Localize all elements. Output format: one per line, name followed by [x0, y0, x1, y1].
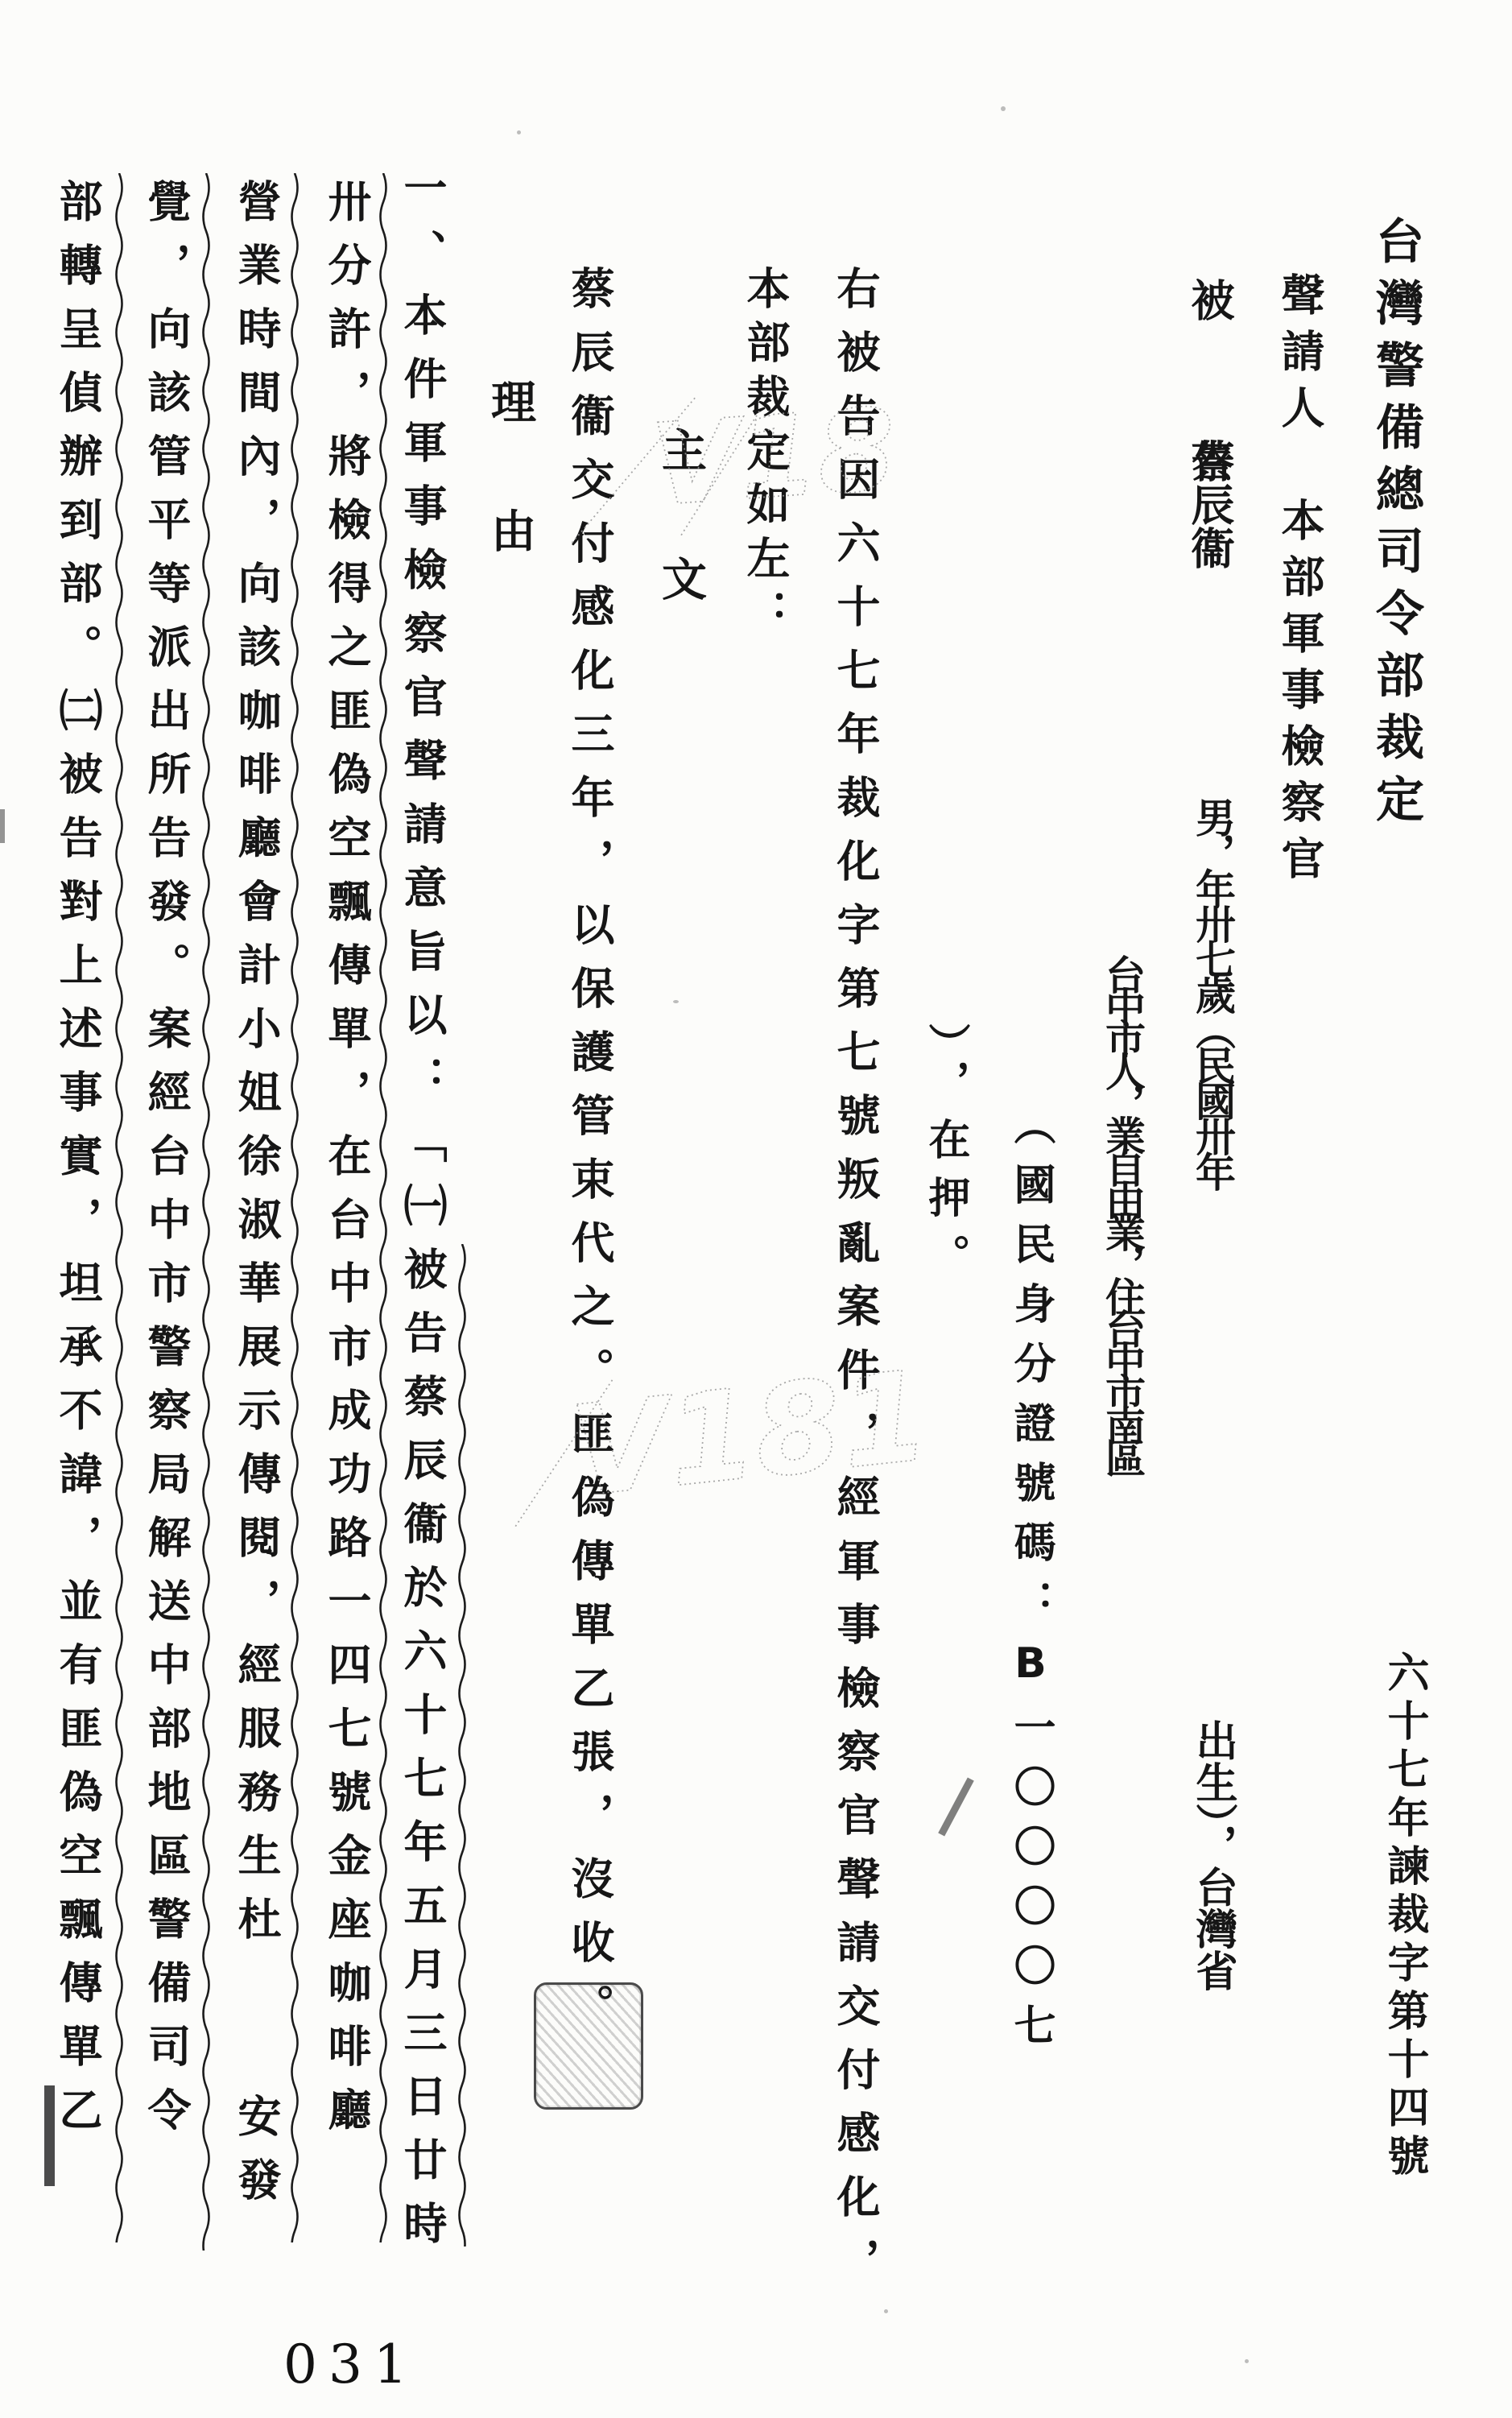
scan-artifact: [938, 1777, 974, 1836]
document-page: 台灣警備總司令部裁定 六十七年諫裁字第十四號 聲請人 本部軍事檢察官 被 告 蔡…: [0, 0, 1512, 2418]
seal-stamp: [534, 1982, 643, 2110]
scan-artifact: [0, 809, 5, 843]
page-number: 031: [283, 2333, 419, 2395]
reason-header: 理由: [481, 378, 538, 636]
applicant-line: 聲請人 本部軍事檢察官: [1274, 272, 1325, 892]
reason-line-4: 覺，向該管平等派出所告發。案經台中市警察局解送中部地區警備司令: [140, 179, 192, 2151]
emphasis-wavy-line: [377, 173, 390, 2242]
emphasis-wavy-line: [113, 173, 126, 2242]
defendant-desc-2: 出生），台灣省: [1187, 1719, 1238, 1991]
defendant-desc-5: ），在押。: [919, 1023, 971, 1292]
reason-line-3b: 安發: [230, 2094, 282, 2221]
defendant-desc-3: 台中市人，業自由業，住台中市南區: [1097, 954, 1148, 1469]
reason-line-2: 卅分許，將檢得之匪偽空飄傳單，在台中市成功路一四七號金座咖啡廳: [320, 179, 372, 2151]
preamble-end-line: 本部裁定如左：: [739, 266, 791, 643]
emphasis-wavy-line: [456, 1244, 469, 2246]
defendant-desc-4: （國民身分證號碼：B一〇〇〇〇七: [1005, 1103, 1056, 2063]
document-title: 台灣警備總司令部裁定: [1364, 216, 1428, 836]
emphasis-wavy-line: [200, 173, 213, 2251]
preamble-line: 右被告因六十七年裁化字第七號叛亂案件，經軍事檢察官聲請交付感化，: [829, 266, 881, 2301]
scan-speck: [1001, 106, 1006, 111]
scan-speck: [1245, 2359, 1249, 2363]
scan-speck: [884, 2309, 888, 2313]
case-number: 六十七年諫裁字第十四號: [1378, 1651, 1430, 2182]
scan-speck: [673, 1000, 679, 1003]
reason-line-3: 營業時間內，向該咖啡廳會計小姐徐淑華展示傳閱，經服務生杜: [230, 179, 282, 1960]
defendant-desc-1: 男，年卅七歲（民國卅年: [1187, 797, 1238, 1187]
main-text-header: 主文: [652, 427, 708, 684]
defendant-name: 蔡辰衞: [1184, 439, 1235, 569]
reason-line-5: 部轉呈偵辦到部。㈡被告對上述事實，坦承不諱，並有匪偽空飄傳單乙: [52, 179, 103, 2151]
scan-speck: [517, 130, 521, 134]
reason-line-1: 一、本件軍事檢察官聲請意旨以：「㈠被告蔡辰衞於六十七年五月三日廿時: [396, 165, 448, 2264]
scan-artifact: [44, 2085, 55, 2186]
scan-speck: [259, 565, 263, 569]
scan-speck: [171, 903, 175, 907]
main-text-line: 蔡辰衞交付感化三年，以保護管束代之。匪偽傳單乙張，沒收。: [564, 266, 615, 2047]
emphasis-wavy-line: [288, 173, 301, 2242]
